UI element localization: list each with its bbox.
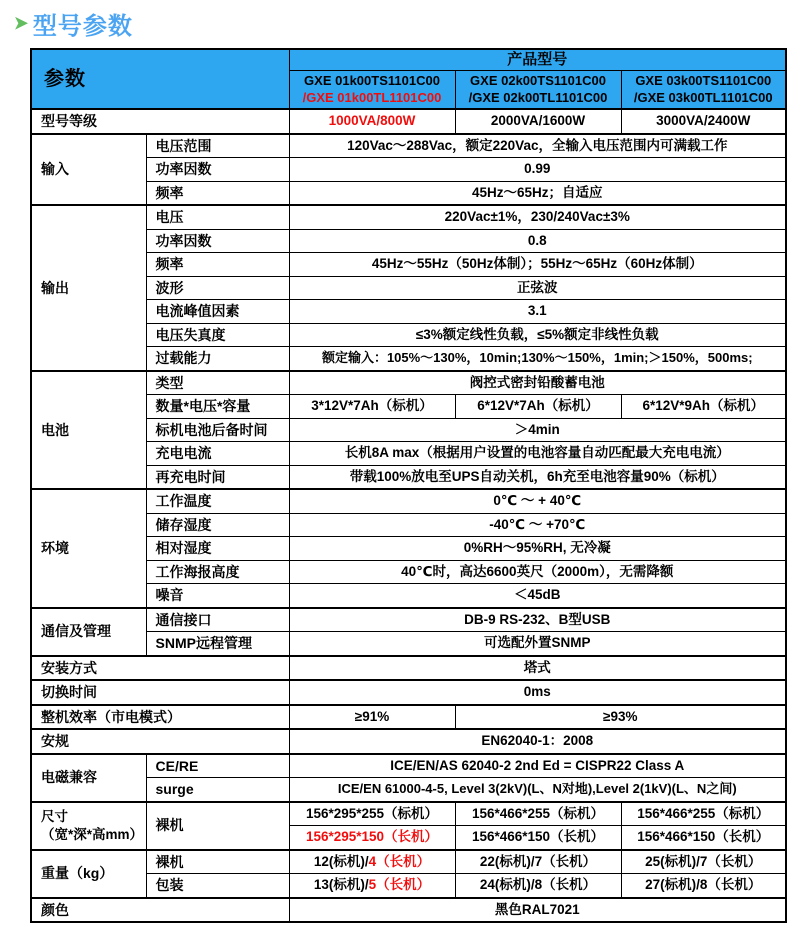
- emc-group-cell: 电磁兼容: [31, 754, 146, 802]
- model-2-ts: GXE 02k00TS1101C00: [456, 73, 621, 89]
- battery-recharge-time-value: 带载100%放电至UPS自动关机，6h充至电池容量90%（标机）: [289, 465, 786, 489]
- model-3-ts: GXE 03k00TS1101C00: [622, 73, 786, 89]
- output-distortion-label: 电压失真度: [146, 323, 289, 347]
- efficiency-label: 整机效率（市电模式）: [31, 705, 289, 730]
- input-voltage-range-value: 120Vac～288Vac，额定220Vac，全输入电压范围内可满载工作: [289, 134, 786, 158]
- comm-snmp-value: 可选配外置SNMP: [289, 632, 786, 656]
- weight-pack-label: 包装: [146, 874, 289, 898]
- env-working-temp-value: 0℃ ～ + 40℃: [289, 489, 786, 513]
- arrow-right-icon: ➤: [13, 11, 30, 35]
- grade-value-1: 1000VA/800W: [289, 109, 455, 134]
- battery-group-cell: 电池: [31, 371, 146, 490]
- weight-bare-std-part: 12(标机)/: [314, 854, 369, 869]
- battery-qty-value-3: 6*12V*9Ah（标机）: [621, 395, 786, 419]
- weight-bare-value-1: 12(标机)/4（长机）: [289, 850, 455, 874]
- output-frequency-label: 频率: [146, 253, 289, 277]
- page: { "colors": { "header_blue": "#2fa7f0", …: [0, 0, 790, 925]
- comm-interface-value: DB-9 RS-232、B型USB: [289, 608, 786, 632]
- dim-std-value-2: 156*466*255（标机）: [455, 802, 621, 826]
- model-3-tl: /GXE 03k00TL1101C00: [622, 90, 786, 106]
- env-humidity-label: 相对湿度: [146, 537, 289, 561]
- input-voltage-range-label: 电压范围: [146, 134, 289, 158]
- battery-recharge-time-label: 再充电时间: [146, 465, 289, 489]
- output-power-factor-value: 0.8: [289, 229, 786, 253]
- env-altitude-value: 40℃时，高达6600英尺（2000m），无需降额: [289, 560, 786, 584]
- weight-pack-std-part: 13(标机)/: [314, 877, 369, 892]
- page-title: ➤ 型号参数: [13, 6, 133, 41]
- emc-cere-value: ICE/EN/AS 62040-2 2nd Ed = CISPR22 Class…: [289, 754, 786, 778]
- env-group-cell: 环境: [31, 489, 146, 608]
- grade-label: 型号等级: [31, 109, 289, 134]
- output-distortion-value: ≤3%额定线性负载，≤5%额定非线性负载: [289, 323, 786, 347]
- env-noise-label: 噪音: [146, 584, 289, 608]
- battery-qty-value-2: 6*12V*7Ah（标机）: [455, 395, 621, 419]
- input-frequency-value: 45Hz～65Hz；自适应: [289, 181, 786, 205]
- switch-time-value: 0ms: [289, 680, 786, 705]
- weight-pack-value-1: 13(标机)/5（长机）: [289, 874, 455, 898]
- input-group-cell: 输入: [31, 134, 146, 206]
- comm-snmp-label: SNMP远程管理: [146, 632, 289, 656]
- dim-label-line2: （宽*深*高mm）: [41, 826, 144, 844]
- page-title-text: 型号参数: [33, 6, 133, 41]
- spec-table: 参数 产品型号 GXE 01k00TS1101C00 /GXE 01k00TL1…: [30, 48, 787, 923]
- model-header-cell-1: GXE 01k00TS1101C00 /GXE 01k00TL1101C00: [289, 71, 455, 110]
- weight-bare-value-2: 22(标机)/7（长机）: [455, 850, 621, 874]
- output-waveform-value: 正弦波: [289, 276, 786, 300]
- dim-group-cell: 尺寸 （宽*深*高mm）: [31, 802, 146, 850]
- output-frequency-value: 45Hz～55Hz（50Hz体制）；55Hz～65Hz（60Hz体制）: [289, 253, 786, 277]
- comm-interface-label: 通信接口: [146, 608, 289, 632]
- install-value: 塔式: [289, 656, 786, 681]
- battery-type-value: 阀控式密封铅酸蓄电池: [289, 371, 786, 395]
- emc-surge-value: ICE/EN 61000-4-5, Level 3(2kV)(L、N对地),Le…: [289, 778, 786, 802]
- dim-std-value-1: 156*295*255（标机）: [289, 802, 455, 826]
- env-noise-value: ＜45dB: [289, 584, 786, 608]
- battery-qty-value-1: 3*12V*7Ah（标机）: [289, 395, 455, 419]
- efficiency-value-1: ≥91%: [289, 705, 455, 730]
- safety-label: 安规: [31, 729, 289, 754]
- grade-value-3: 3000VA/2400W: [621, 109, 786, 134]
- emc-surge-label: surge: [146, 778, 289, 802]
- battery-type-label: 类型: [146, 371, 289, 395]
- battery-charge-current-value: 长机8A max（根据用户设置的电池容量自动匹配最大充电电流）: [289, 442, 786, 466]
- output-group-cell: 输出: [31, 205, 146, 371]
- weight-bare-long-part: 4（长机）: [369, 854, 431, 869]
- output-crest-factor-value: 3.1: [289, 300, 786, 324]
- switch-time-label: 切换时间: [31, 680, 289, 705]
- model-2-tl: /GXE 02k00TL1101C00: [456, 90, 621, 106]
- battery-backup-value: ＞4min: [289, 418, 786, 442]
- color-label: 颜色: [31, 898, 289, 923]
- battery-backup-label: 标机电池后备时间: [146, 418, 289, 442]
- battery-qty-label: 数量*电压*容量: [146, 395, 289, 419]
- weight-pack-long-part: 5（长机）: [369, 877, 431, 892]
- env-humidity-value: 0%RH～95%RH, 无冷凝: [289, 537, 786, 561]
- weight-group-cell: 重量（kg）: [31, 850, 146, 898]
- env-altitude-label: 工作海报高度: [146, 560, 289, 584]
- model-1-ts: GXE 01k00TS1101C00: [290, 73, 455, 89]
- env-storage-temp-label: 储存湿度: [146, 513, 289, 537]
- input-power-factor-label: 功率因数: [146, 158, 289, 182]
- model-header-cell-3: GXE 03k00TS1101C00 /GXE 03k00TL1101C00: [621, 71, 786, 110]
- output-voltage-label: 电压: [146, 205, 289, 229]
- model-1-tl: /GXE 01k00TL1101C00: [290, 90, 455, 106]
- battery-charge-current-label: 充电电流: [146, 442, 289, 466]
- param-header-cell: 参数: [31, 49, 289, 109]
- output-waveform-label: 波形: [146, 276, 289, 300]
- output-power-factor-label: 功率因数: [146, 229, 289, 253]
- weight-pack-value-3: 27(标机)/8（长机）: [621, 874, 786, 898]
- weight-bare-value-3: 25(标机)/7（长机）: [621, 850, 786, 874]
- dim-std-value-3: 156*466*255（标机）: [621, 802, 786, 826]
- output-overload-value: 额定输入：105%～130%，10min;130%～150%，1min;＞150…: [289, 347, 786, 371]
- dim-long-value-3: 156*466*150（长机）: [621, 826, 786, 850]
- product-model-header-cell: 产品型号: [289, 49, 786, 71]
- weight-pack-value-2: 24(标机)/8（长机）: [455, 874, 621, 898]
- safety-value: EN62040-1：2008: [289, 729, 786, 754]
- color-value: 黑色RAL7021: [289, 898, 786, 923]
- dim-label-line1: 尺寸: [41, 808, 144, 826]
- env-working-temp-label: 工作温度: [146, 489, 289, 513]
- output-voltage-value: 220Vac±1%，230/240Vac±3%: [289, 205, 786, 229]
- comm-group-cell: 通信及管理: [31, 608, 146, 656]
- efficiency-value-2: ≥93%: [455, 705, 786, 730]
- dim-long-value-2: 156*466*150（长机）: [455, 826, 621, 850]
- input-power-factor-value: 0.99: [289, 158, 786, 182]
- install-label: 安装方式: [31, 656, 289, 681]
- env-storage-temp-value: -40℃ ～ +70℃: [289, 513, 786, 537]
- dim-long-value-1: 156*295*150（长机）: [289, 826, 455, 850]
- input-frequency-label: 频率: [146, 181, 289, 205]
- grade-value-2: 2000VA/1600W: [455, 109, 621, 134]
- output-crest-factor-label: 电流峰值因素: [146, 300, 289, 324]
- output-overload-label: 过载能力: [146, 347, 289, 371]
- weight-bare-label: 裸机: [146, 850, 289, 874]
- emc-cere-label: CE/RE: [146, 754, 289, 778]
- dim-bare-label: 裸机: [146, 802, 289, 850]
- model-header-cell-2: GXE 02k00TS1101C00 /GXE 02k00TL1101C00: [455, 71, 621, 110]
